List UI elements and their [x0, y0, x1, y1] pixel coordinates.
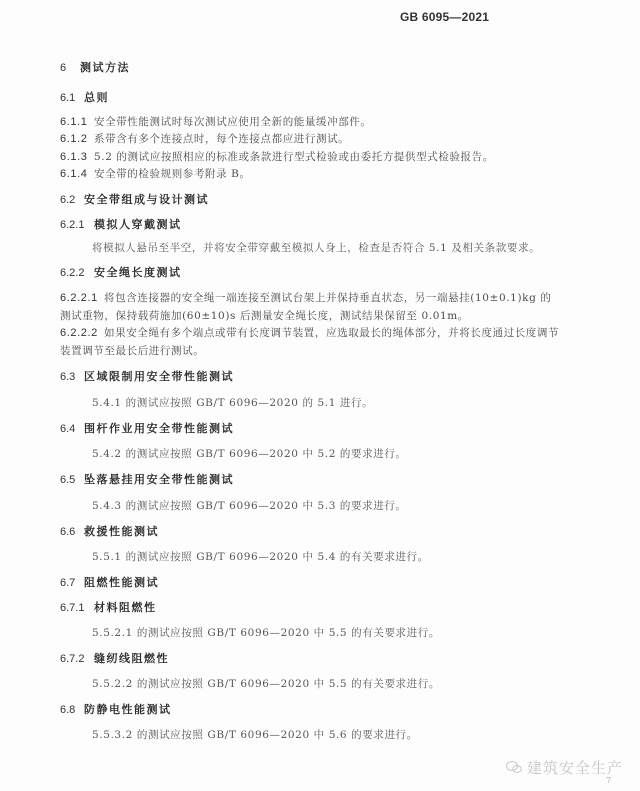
heading-6-5: 6.5坠落悬挂用安全带性能测试	[60, 471, 234, 487]
heading-number: 6.2	[60, 194, 84, 206]
heading-title: 阻燃性能测试	[84, 576, 159, 589]
heading-number: 6.7	[60, 577, 84, 589]
clause-6-1-1: 6.1.1安全带性能测试时每次测试应使用全新的能量缓冲部件。	[60, 114, 372, 129]
heading-number: 6.6	[60, 526, 84, 538]
heading-title: 救援性能测试	[84, 525, 159, 538]
heading-6: 6测试方法	[60, 59, 130, 75]
clause-6-1-3: 6.1.35.2 的测试应按照相应的标准或条款进行型式检验或由委托方提供型式检验…	[60, 149, 494, 164]
clause-text: 将包含连接器的安全绳一端连接至测试台架上并保持垂直状态，另一端悬挂(10±0.1…	[104, 292, 551, 304]
heading-6-6: 6.6救援性能测试	[60, 523, 159, 539]
wechat-icon	[506, 760, 522, 774]
paragraph-6-8: 5.5.3.2 的测试应按照 GB/T 6096—2020 中 5.6 的要求进…	[92, 727, 418, 742]
clause-text: 安全带的检验规则参考附录 B。	[94, 168, 251, 180]
paragraph-6-5: 5.4.3 的测试应按照 GB/T 6096—2020 中 5.3 的要求进行。	[92, 498, 407, 513]
heading-6-2-1: 6.2.1模拟人穿戴测试	[60, 216, 182, 232]
heading-number: 6.7.2	[60, 653, 94, 665]
heading-6-4: 6.4围杆作业用安全带性能测试	[60, 420, 234, 436]
paragraph-6-3: 5.4.1 的测试应按照 GB/T 6096—2020 的 5.1 进行。	[92, 395, 373, 410]
clause-number: 6.2.2.1	[60, 292, 104, 304]
heading-title: 区域限制用安全带性能测试	[84, 370, 234, 383]
watermark-text: 建筑安全生产	[527, 757, 623, 778]
clause-text: 安全带性能测试时每次测试应使用全新的能量缓冲部件。	[94, 116, 372, 128]
heading-title: 安全绳长度测试	[94, 266, 182, 279]
paragraph-6-4: 5.4.2 的测试应按照 GB/T 6096—2020 中 5.2 的要求进行。	[92, 446, 407, 461]
heading-title: 模拟人穿戴测试	[94, 218, 182, 231]
clause-text: 5.2 的测试应按照相应的标准或条款进行型式检验或由委托方提供型式检验报告。	[94, 151, 494, 163]
heading-title: 坠落悬挂用安全带性能测试	[84, 473, 234, 486]
heading-title: 材料阻燃性	[94, 601, 157, 614]
heading-number: 6.8	[60, 704, 84, 716]
heading-number: 6.3	[60, 371, 84, 383]
clause-number: 6.1.4	[60, 168, 94, 180]
heading-6-7-2: 6.7.2缝纫线阻燃性	[60, 650, 169, 666]
heading-6-7: 6.7阻燃性能测试	[60, 574, 159, 590]
clause-number: 6.1.2	[60, 133, 94, 145]
clause-6-2-2-2: 6.2.2.2如果安全绳有多个端点或带有长度调节装置，应选取最长的绳体部分，并将…	[60, 325, 559, 340]
clause-6-2-2-1: 6.2.2.1将包含连接器的安全绳一端连接至测试台架上并保持垂直状态，另一端悬挂…	[60, 290, 551, 305]
clause-6-1-2: 6.1.2系带含有多个连接点时，每个连接点都应进行测试。	[60, 131, 349, 146]
heading-6-7-1: 6.7.1材料阻燃性	[60, 599, 157, 615]
clause-6-2-2-1-continued: 测试重物，保持载荷施加(60±10)s 后测量安全绳长度，测试结果保留至 0.0…	[60, 308, 469, 323]
clause-text: 如果安全绳有多个端点或带有长度调节装置，应选取最长的绳体部分，并将长度通过长度调…	[104, 327, 559, 339]
heading-number: 6.4	[60, 423, 84, 435]
heading-title: 围杆作业用安全带性能测试	[84, 422, 234, 435]
standard-code: GB 6095—2021	[400, 10, 489, 24]
paragraph-6-7-2: 5.5.2.2 的测试应按照 GB/T 6096—2020 中 5.5 的有关要…	[92, 676, 440, 691]
heading-title: 测试方法	[80, 61, 130, 74]
heading-number: 6	[60, 62, 80, 74]
clause-6-2-2-2-continued: 装置调节至最长后进行测试。	[60, 343, 204, 358]
clause-text: 系带含有多个连接点时，每个连接点都应进行测试。	[94, 133, 349, 145]
paragraph-6-7-1: 5.5.2.1 的测试应按照 GB/T 6096—2020 中 5.5 的有关要…	[92, 625, 440, 640]
clause-number: 6.2.2.2	[60, 327, 104, 339]
heading-6-3: 6.3区域限制用安全带性能测试	[60, 368, 234, 384]
heading-title: 安全带组成与设计测试	[84, 193, 209, 206]
heading-number: 6.1	[60, 92, 84, 104]
clause-number: 6.1.1	[60, 116, 94, 128]
heading-6-2: 6.2安全带组成与设计测试	[60, 191, 209, 207]
page-number: 7	[606, 776, 611, 785]
heading-number: 6.7.1	[60, 602, 94, 614]
clause-number: 6.1.3	[60, 151, 94, 163]
paragraph-6-2-1: 将模拟人悬吊至半空，并将安全带穿戴至模拟人身上，检查是否符合 5.1 及相关条款…	[92, 240, 540, 255]
heading-title: 缝纫线阻燃性	[94, 652, 169, 665]
heading-6-2-2: 6.2.2安全绳长度测试	[60, 264, 182, 280]
clause-6-1-4: 6.1.4安全带的检验规则参考附录 B。	[60, 166, 251, 181]
heading-6-1: 6.1总则	[60, 89, 109, 105]
heading-6-8: 6.8防静电性能测试	[60, 701, 172, 717]
paragraph-6-6: 5.5.1 的测试应按照 GB/T 6096—2020 中 5.4 的有关要求进…	[92, 549, 429, 564]
heading-number: 6.2.2	[60, 267, 94, 279]
heading-title: 防静电性能测试	[84, 703, 172, 716]
heading-title: 总则	[84, 91, 109, 104]
heading-number: 6.5	[60, 474, 84, 486]
heading-number: 6.2.1	[60, 219, 94, 231]
